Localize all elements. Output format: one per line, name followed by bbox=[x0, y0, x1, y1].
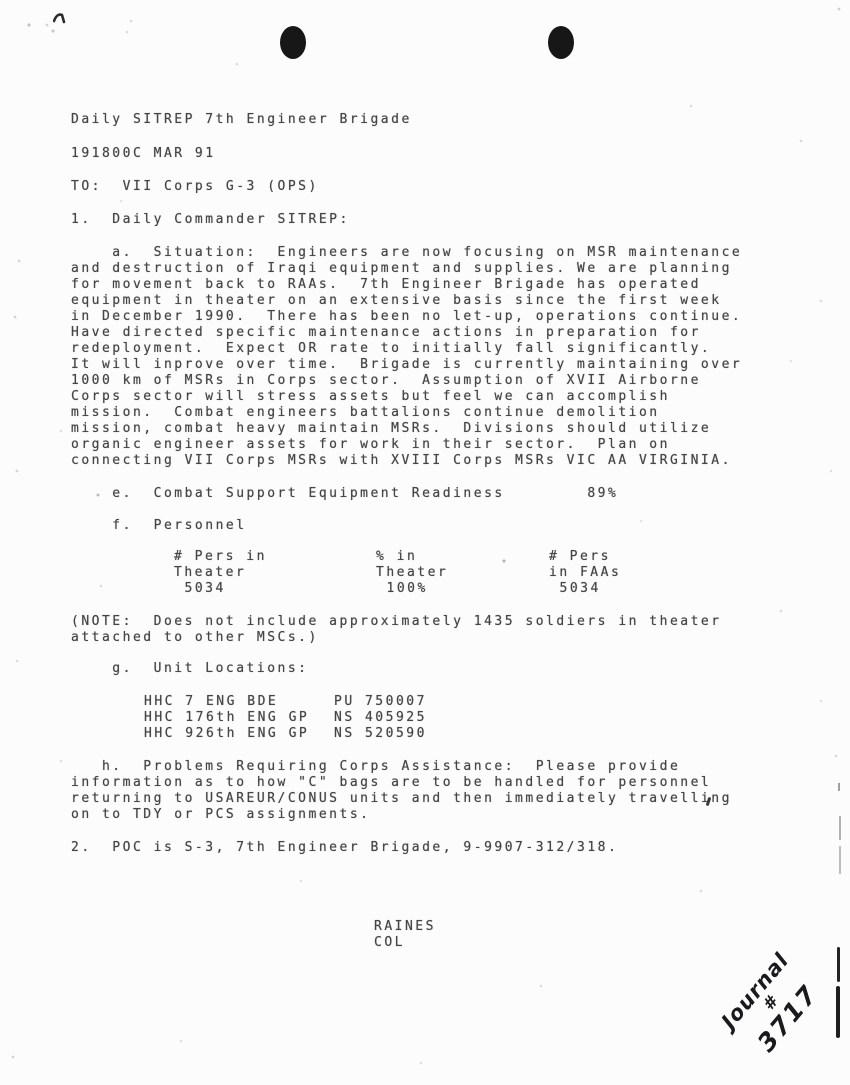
unit-locations-heading: g. Unit Locations: bbox=[71, 661, 309, 677]
scanned-document-page: Daily SITREP 7th Engineer Brigade 191800… bbox=[0, 0, 850, 1085]
unit-grid-reference: NS 520590 bbox=[334, 726, 427, 742]
pen-mark-top-left bbox=[53, 12, 69, 26]
personnel-column-header: % in Theater bbox=[376, 549, 448, 581]
unit-grid-reference: NS 405925 bbox=[334, 710, 427, 726]
journal-number-annotation: Journal # 3717 bbox=[687, 918, 850, 1085]
scan-artifact-line-faint bbox=[838, 783, 840, 791]
unit-name: HHC 176th ENG GP bbox=[144, 710, 334, 726]
equipment-readiness-line: e. Combat Support Equipment Readiness 89… bbox=[71, 486, 618, 502]
signature-block: RAINES COL bbox=[374, 919, 436, 951]
personnel-column-value: 5034 bbox=[549, 581, 621, 597]
personnel-column-header: # Pers in Theater bbox=[174, 549, 267, 581]
hole-punch-dot-right bbox=[548, 26, 574, 59]
personnel-column-faas: # Pers in FAAs 5034 bbox=[549, 549, 621, 597]
scan-artifact-line-faint bbox=[839, 816, 841, 840]
scan-noise-speckles bbox=[0, 0, 2, 2]
personnel-column-value: 5034 bbox=[174, 581, 267, 597]
unit-name: HHC 926th ENG GP bbox=[144, 726, 334, 742]
personnel-table: # Pers in Theater 5034 % in Theater 100%… bbox=[0, 549, 850, 601]
item-1-heading: 1. Daily Commander SITREP: bbox=[71, 212, 350, 228]
unit-locations-table: HHC 7 ENG BDE PU 750007 HHC 176th ENG GP… bbox=[144, 694, 427, 742]
scan-artifact-line-faint bbox=[839, 846, 841, 874]
unit-grid-reference: PU 750007 bbox=[334, 694, 427, 710]
personnel-heading: f. Personnel bbox=[71, 518, 247, 534]
scan-artifact-line bbox=[836, 986, 840, 1038]
scan-artifact-line bbox=[837, 947, 840, 982]
hole-punch-dot-left bbox=[280, 26, 306, 59]
date-time-group-line: 191800C MAR 91 bbox=[71, 146, 216, 162]
to-line: TO: VII Corps G-3 (OPS) bbox=[71, 179, 319, 195]
personnel-column-theater: # Pers in Theater 5034 bbox=[174, 549, 267, 597]
personnel-column-percent: % in Theater 100% bbox=[376, 549, 448, 597]
situation-paragraph: a. Situation: Engineers are now focusing… bbox=[71, 245, 742, 469]
personnel-column-header: # Pers in FAAs bbox=[549, 549, 621, 581]
document-title: Daily SITREP 7th Engineer Brigade bbox=[71, 112, 412, 128]
personnel-column-value: 100% bbox=[376, 581, 448, 597]
problems-paragraph: h. Problems Requiring Corps Assistance: … bbox=[71, 759, 732, 823]
poc-line: 2. POC is S-3, 7th Engineer Brigade, 9-9… bbox=[71, 840, 618, 856]
note-paragraph: (NOTE: Does not include approximately 14… bbox=[71, 614, 722, 646]
unit-name: HHC 7 ENG BDE bbox=[144, 694, 334, 710]
